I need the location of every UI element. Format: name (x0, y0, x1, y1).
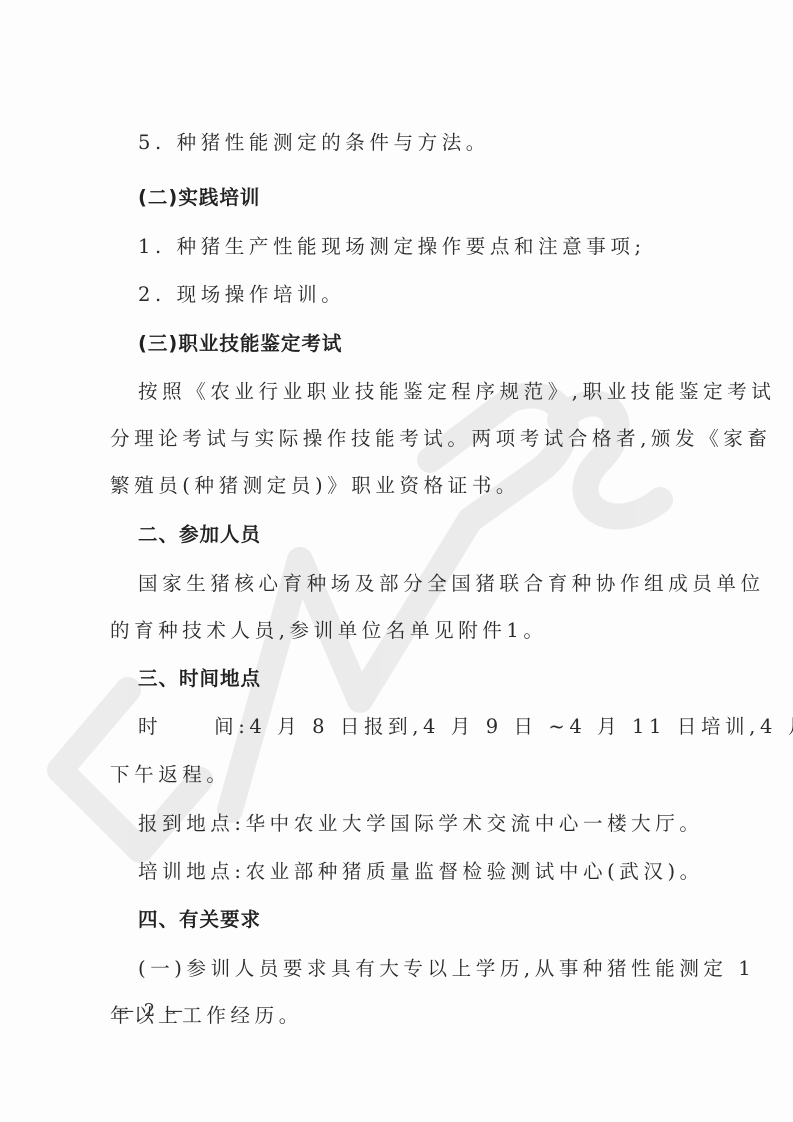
section-heading: 三、时间地点 (138, 667, 261, 691)
paragraph-line: 培训地点:农业部种猪质量监督检验测试中心(武汉)。 (138, 860, 704, 884)
section-heading: 二、参加人员 (138, 523, 261, 547)
paragraph-line: 2. 现场操作培训。 (138, 283, 345, 307)
paragraph-line: 1. 种猪生产性能现场测定操作要点和注意事项; (138, 235, 646, 259)
paragraph-line: 5. 种猪性能测定的条件与方法。 (138, 131, 490, 155)
section-heading: (三)职业技能鉴定考试 (138, 332, 342, 356)
document-page: 5. 种猪性能测定的条件与方法。(二)实践培训1. 种猪生产性能现场测定操作要点… (0, 0, 793, 1122)
paragraph-line: 下午返程。 (110, 763, 231, 787)
paragraph-line: 分理论考试与实际操作技能考试。两项考试合格者,颁发《家畜 (110, 427, 772, 451)
paragraph-line: 的育种技术人员,参训单位名单见附件1。 (110, 619, 548, 643)
paragraph-line: 国家生猪核心育种场及部分全国猪联合育种协作组成员单位 (138, 572, 765, 596)
paragraph-line: 年以上工作经历。 (110, 1004, 303, 1028)
paragraph-line: (一)参训人员要求具有大专以上学历,从事种猪性能测定 1 (138, 957, 755, 981)
time-label-b: 间:4 月 8 日报到,4 月 9 日 ~4 月 11 日培训,4 月 11 日 (214, 715, 793, 738)
paragraph-line: 报到地点:华中农业大学国际学术交流中心一楼大厅。 (138, 812, 703, 836)
section-heading: 四、有关要求 (138, 908, 261, 932)
time-line: 时间:4 月 8 日报到,4 月 9 日 ~4 月 11 日培训,4 月 11 … (138, 715, 793, 739)
paragraph-line: 按照《农业行业职业技能鉴定程序规范》,职业技能鉴定考试 (138, 380, 775, 404)
section-heading: (二)实践培训 (138, 186, 260, 210)
paragraph-line: 繁殖员(种猪测定员)》职业资格证书。 (110, 474, 520, 498)
time-label-a: 时 (138, 715, 162, 738)
